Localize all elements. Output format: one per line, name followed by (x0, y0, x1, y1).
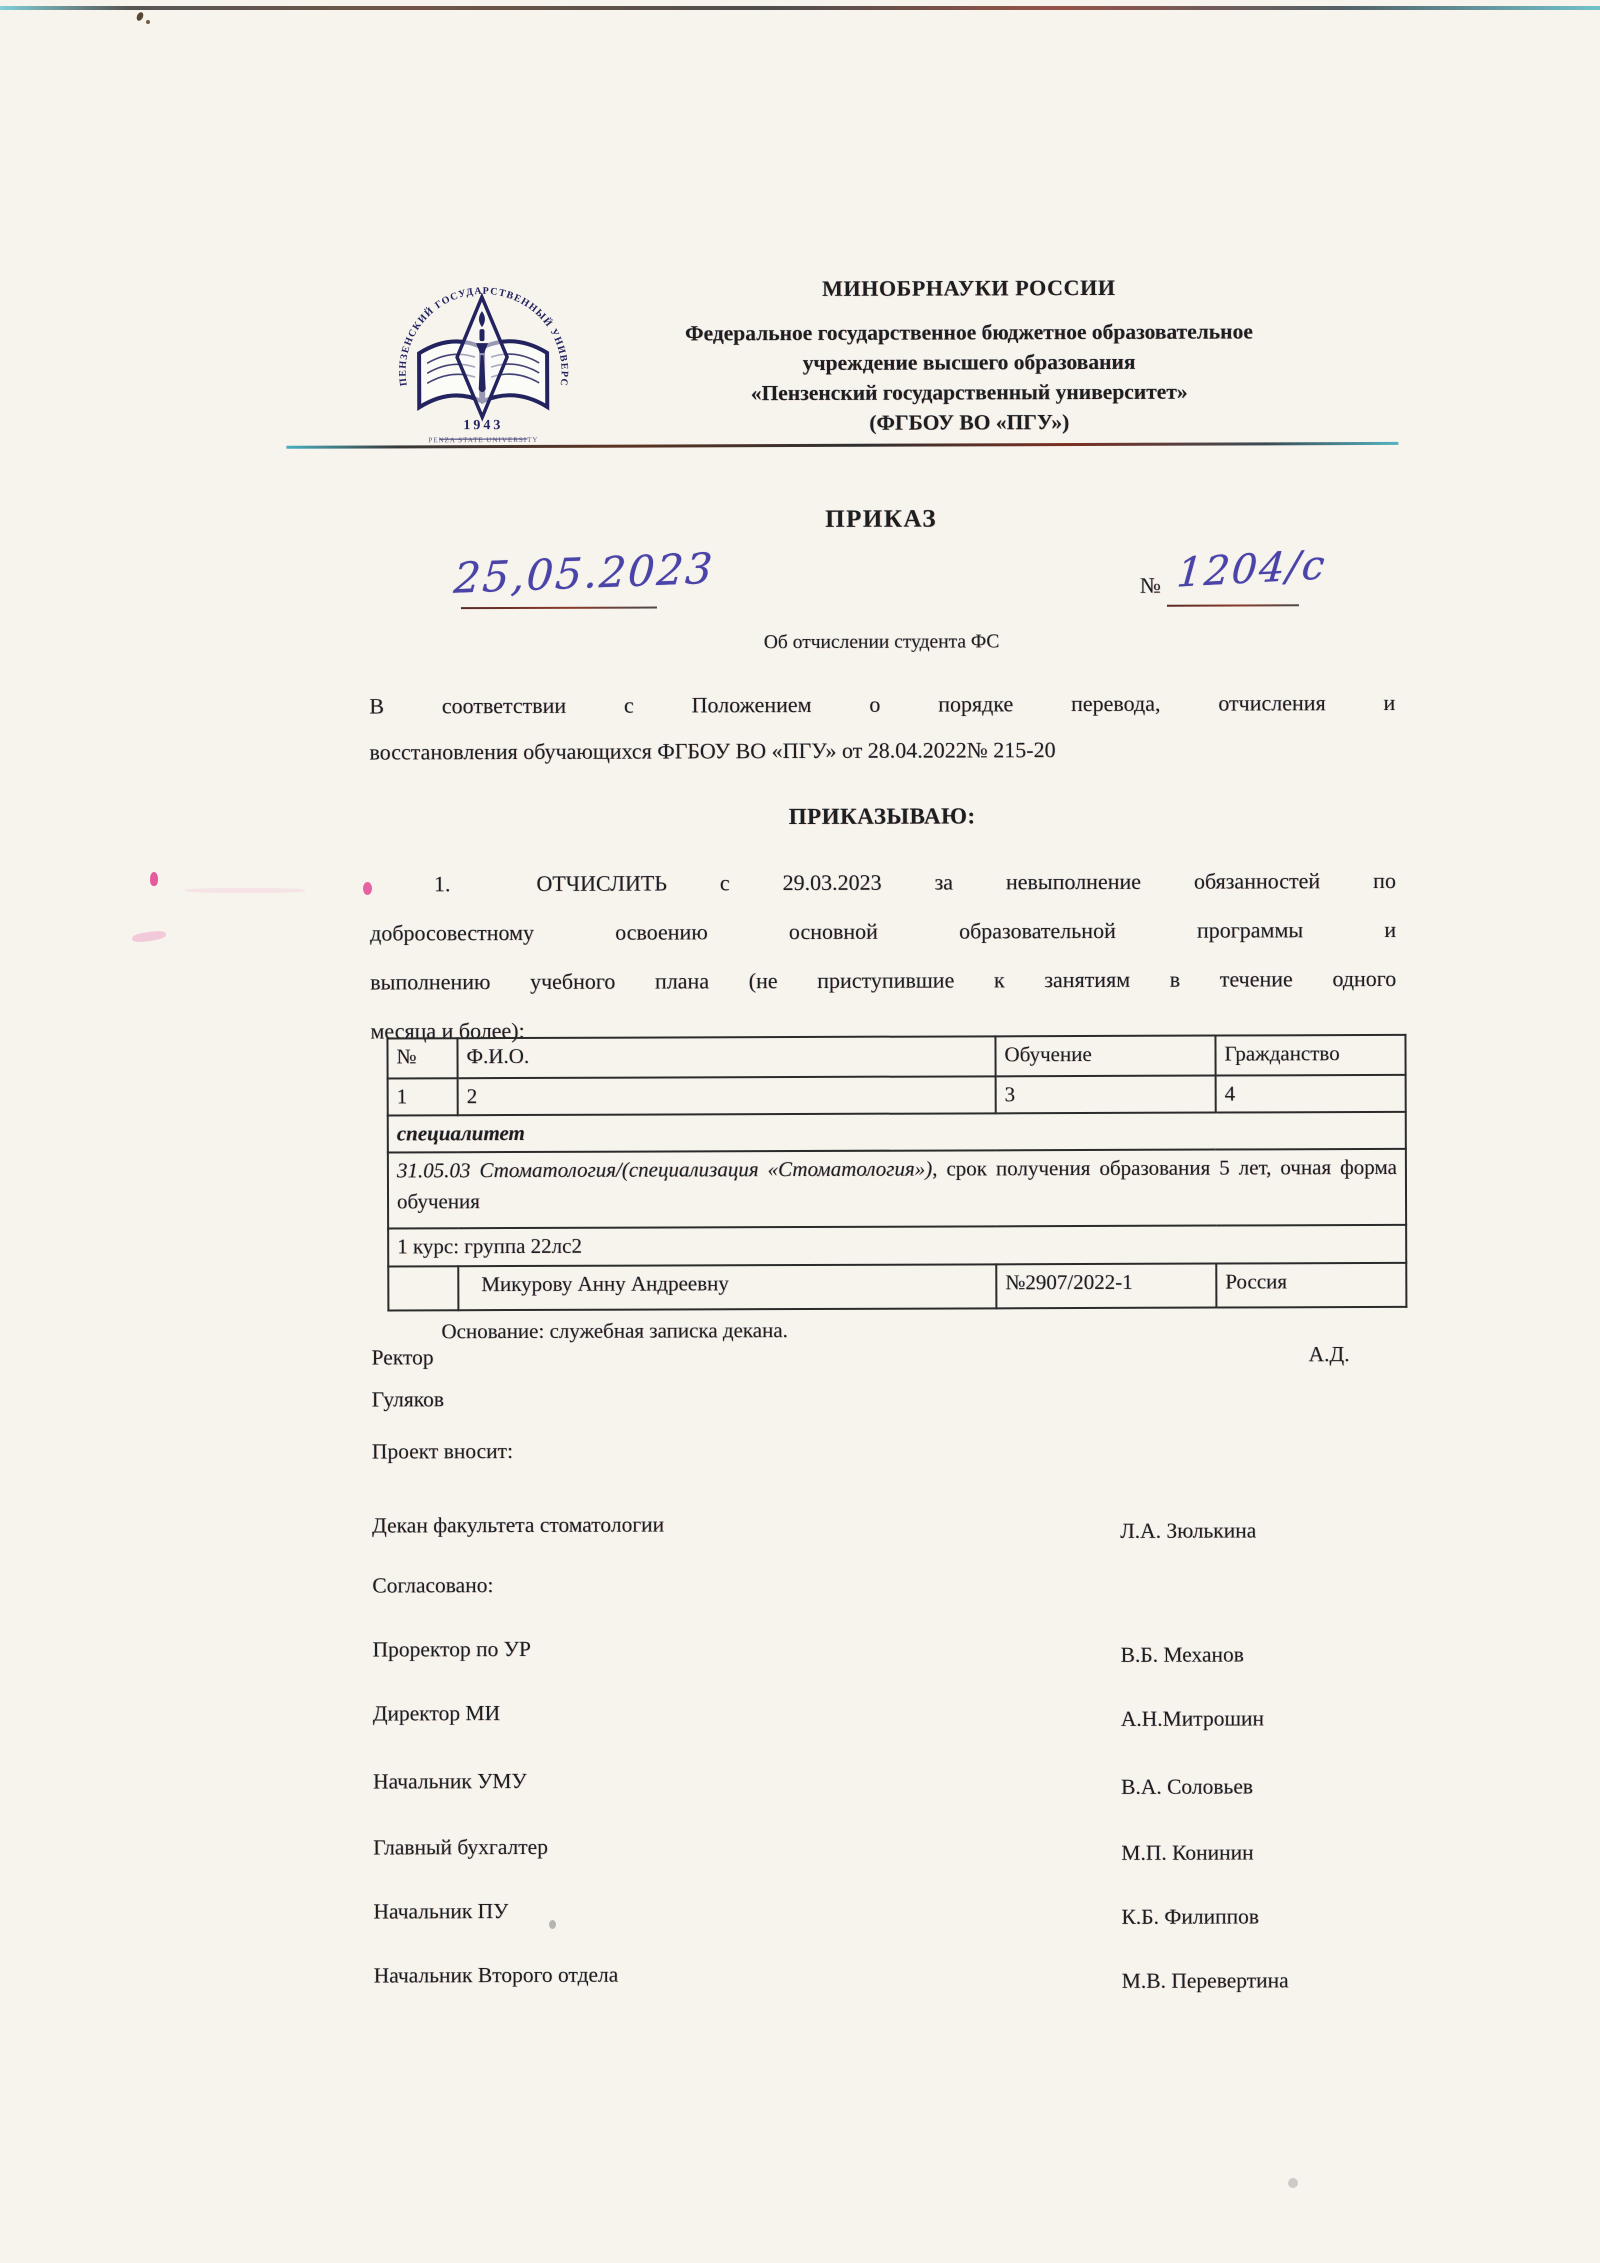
org-name-line4: (ФГБОУ ВО «ПГУ») (538, 406, 1400, 439)
item1-line1-text: ОТЧИСЛИТЬ с 29.03.2023 за невыполнение о… (536, 868, 1396, 896)
letterhead: МИНОБРНАУКИ РОССИИ Федеральное государст… (538, 274, 1401, 439)
signature-row: Начальник Второго отдела М.В. Перевертин… (374, 1960, 1400, 1989)
signatory-role: Проректор по УР (373, 1637, 531, 1662)
logo-year: 1943 (463, 418, 503, 433)
dean-name: Л.А. Зюлькина (1120, 1518, 1256, 1543)
signatory-name: А.Н.Митрошин (1121, 1706, 1264, 1731)
student-row: Микурову Анну Андреевну №2907/2022-1 Рос… (388, 1263, 1406, 1311)
signature-row: Начальник УМУ В.А. Соловьев (373, 1766, 1399, 1795)
rector-initials: А.Д. (1309, 1342, 1350, 1367)
basis-line: Основание: служебная записка декана. (441, 1318, 788, 1344)
item1-line2: добросовестному освоению основной образо… (370, 905, 1396, 958)
signatory-role: Директор МИ (373, 1701, 500, 1725)
logo-bottom-text: PENZA STATE UNIVERSITY (428, 436, 538, 444)
col-header-citizenship: Гражданство (1215, 1035, 1405, 1076)
dean-role: Декан факультета стоматологии (372, 1512, 664, 1537)
org-name-line3: «Пензенский государственный университет» (538, 376, 1400, 409)
course-row: 1 курс: группа 22лс2 (388, 1225, 1406, 1267)
signatory-role: Начальник ПУ (373, 1899, 508, 1923)
resolution-word: ПРИКАЗЫВАЮ: (370, 802, 1395, 832)
index-cell-1: 1 (388, 1078, 458, 1115)
intro-line1: В соответствии с Положением о порядке пе… (369, 680, 1395, 730)
signatory-name: В.Б. Механов (1121, 1642, 1244, 1667)
org-name-line2: учреждение высшего образования (538, 346, 1400, 379)
signature-row: Главный бухгалтер М.П. Конинин (373, 1832, 1399, 1861)
index-cell-3: 3 (996, 1076, 1216, 1114)
order-subject: Об отчислении студента ФС (369, 630, 1394, 656)
org-name-line1: Федеральное государственное бюджетное об… (538, 316, 1400, 349)
signature-row: Проректор по УР В.Б. Механов (373, 1634, 1399, 1663)
date-underline (461, 606, 657, 609)
section-label: специалитет (388, 1112, 1406, 1153)
signature-row: Директор МИ А.Н.Митрошин (373, 1698, 1399, 1727)
number-label: № (1140, 573, 1161, 599)
student-num-cell (388, 1266, 458, 1310)
item1-number: 1. (434, 871, 451, 896)
signatory-name: К.Б. Филиппов (1121, 1904, 1259, 1929)
signatory-name: В.А. Соловьев (1121, 1774, 1253, 1799)
ministry-line: МИНОБРНАУКИ РОССИИ (538, 274, 1400, 303)
students-table: № Ф.И.О. Обучение Гражданство 1 2 3 4 сп… (386, 1034, 1407, 1312)
program-code-italic: 31.05.03 Стоматология/(специализация «Ст… (397, 1157, 932, 1183)
item1-line3: выполнению учебного плана (не приступивш… (370, 954, 1396, 1007)
intro-line2: восстановления обучающихся ФГБОУ ВО «ПГУ… (369, 726, 1395, 776)
agreed-label: Согласовано: (372, 1573, 493, 1598)
table-header-row: № Ф.И.О. Обучение Гражданство (387, 1035, 1405, 1079)
signatory-role: Главный бухгалтер (373, 1835, 548, 1860)
signature-row: Начальник ПУ К.Б. Филиппов (373, 1896, 1399, 1925)
signatory-name: М.В. Перевертина (1122, 1968, 1289, 1994)
item1-paragraph: 1.ОТЧИСЛИТЬ с 29.03.2023 за невыполнение… (370, 856, 1397, 1056)
table-index-row: 1 2 3 4 (388, 1075, 1406, 1116)
order-title: ПРИКАЗ (369, 504, 1394, 536)
rector-surname: Гуляков (372, 1387, 444, 1412)
handwritten-number: 1204/с (1175, 542, 1328, 597)
rector-label: Ректор (372, 1345, 434, 1370)
signature-row-dean: Декан факультета стоматологии Л.А. Зюльк… (372, 1510, 1398, 1539)
signatory-name: М.П. Конинин (1121, 1840, 1253, 1865)
student-education-cell: №2907/2022-1 (996, 1264, 1216, 1309)
student-name-cell: Микурову Анну Андреевну (458, 1264, 996, 1310)
program-cell: 31.05.03 Стоматология/(специализация «Ст… (388, 1149, 1406, 1229)
document-content: ПЕНЗЕНСКИЙ ГОСУДАРСТВЕННЫЙ УНИВЕРСИТЕТ (0, 0, 1600, 2263)
col-header-num: № (387, 1038, 457, 1078)
rector-row: Ректор А.Д. (372, 1342, 1350, 1370)
scanned-order-document: ПЕНЗЕНСКИЙ ГОСУДАРСТВЕННЫЙ УНИВЕРСИТЕТ (0, 0, 1600, 2263)
intro-paragraph: В соответствии с Положением о порядке пе… (369, 680, 1395, 776)
course-cell: 1 курс: группа 22лс2 (388, 1225, 1406, 1267)
col-header-fio: Ф.И.О. (457, 1036, 995, 1078)
number-underline (1167, 604, 1299, 606)
signatory-role: Начальник УМУ (373, 1769, 527, 1794)
signatory-role: Начальник Второго отдела (374, 1963, 619, 1988)
index-cell-2: 2 (458, 1076, 996, 1115)
program-row: 31.05.03 Стоматология/(специализация «Ст… (388, 1149, 1406, 1229)
student-citizenship-cell: Россия (1216, 1263, 1406, 1308)
item1-line1: 1.ОТЧИСЛИТЬ с 29.03.2023 за невыполнение… (370, 856, 1396, 909)
index-cell-4: 4 (1216, 1075, 1406, 1113)
project-by-label: Проект вносит: (372, 1439, 513, 1464)
section-row: специалитет (388, 1112, 1406, 1153)
handwritten-date: 25,05.2023 (452, 544, 716, 603)
col-header-education: Обучение (995, 1036, 1215, 1077)
